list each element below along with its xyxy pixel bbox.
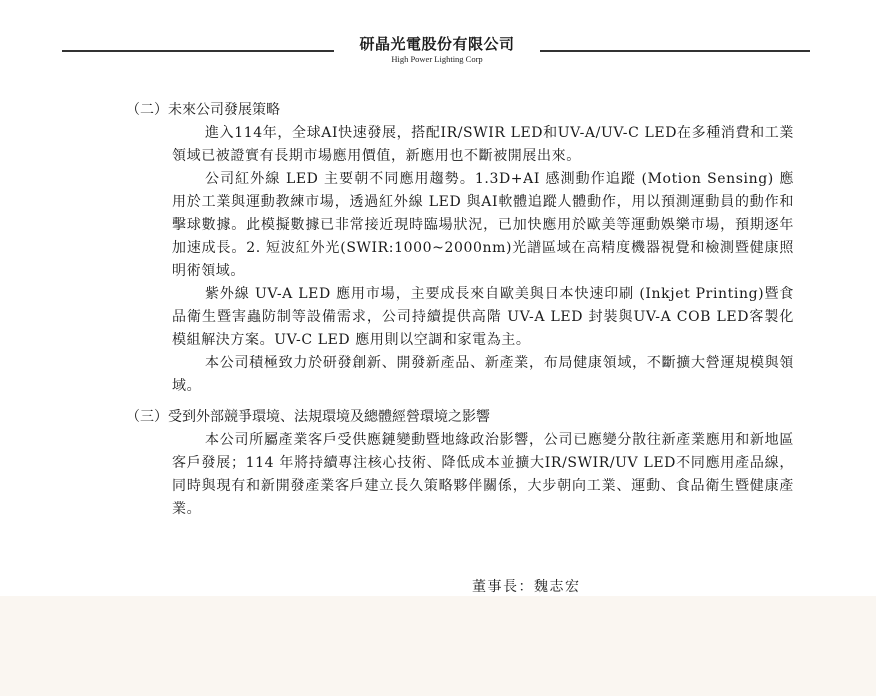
header-rule-right bbox=[540, 50, 810, 52]
section-external-environment: （三）受到外部競爭環境、法規環境及總體經營環境之影響 本公司所屬產業客戶受供應鏈… bbox=[126, 406, 796, 521]
chairman-signature: 董事長：魏志宏 bbox=[472, 576, 581, 596]
header-rule-left bbox=[62, 50, 334, 52]
section-title: （三）受到外部競爭環境、法規環境及總體經營環境之影響 bbox=[126, 406, 796, 429]
paragraph: 本公司所屬產業客戶受供應鏈變動暨地緣政治影響，公司已應變分散往新產業應用和新地區… bbox=[172, 429, 794, 521]
section-future-strategy: （二）未來公司發展策略 進入114年，全球AI快速發展，搭配IR/SWIR LE… bbox=[126, 99, 796, 398]
paragraph: 紫外線 UV-A LED 應用市場，主要成長來自歐美與日本快速印刷 (Inkje… bbox=[172, 283, 794, 352]
page-bottom-background bbox=[0, 596, 876, 696]
paragraph: 公司紅外線 LED 主要朝不同應用趨勢。1.3D+AI 感測動作追蹤 (Moti… bbox=[172, 168, 794, 283]
company-name-en: High Power Lighting Corp bbox=[340, 54, 534, 64]
document-page: 研晶光電股份有限公司 High Power Lighting Corp （二）未… bbox=[0, 0, 876, 596]
company-name-zh: 研晶光電股份有限公司 bbox=[340, 33, 534, 54]
section-title: （二）未來公司發展策略 bbox=[126, 99, 796, 122]
paragraph: 進入114年，全球AI快速發展，搭配IR/SWIR LED和UV-A/UV-C … bbox=[172, 122, 794, 168]
document-body: （二）未來公司發展策略 進入114年，全球AI快速發展，搭配IR/SWIR LE… bbox=[126, 99, 796, 521]
paragraph: 本公司積極致力於研發創新、開發新產品、新產業，布局健康領域，不斷擴大營運規模與領… bbox=[172, 352, 794, 398]
